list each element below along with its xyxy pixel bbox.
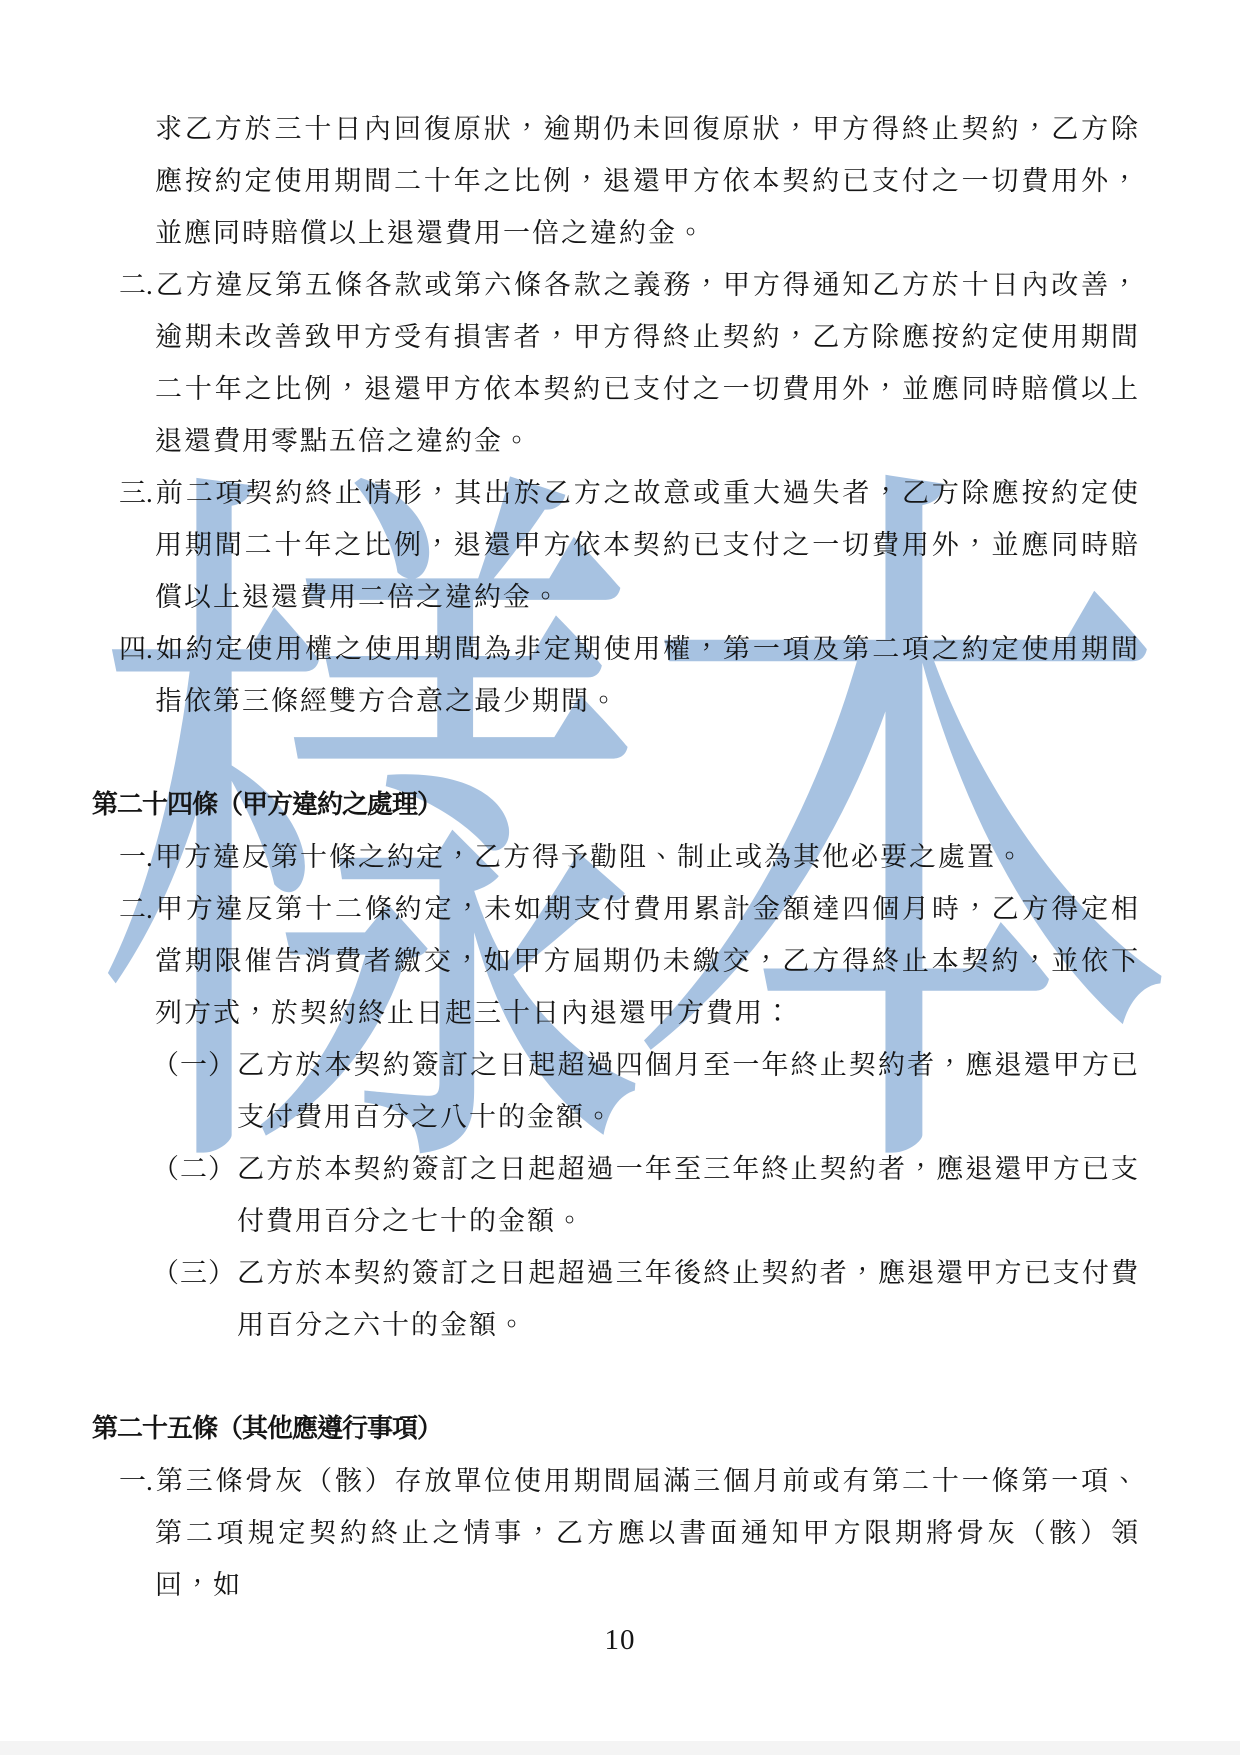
item-marker: 二. [119,259,155,311]
article-24-subitem-1: （一）乙方於本契約簽訂之日起超過四個月至一年終止契約者，應退還甲方已支付費用百分… [152,1039,1140,1143]
item-text: 乙方違反第五條各款或第六條各款之義務，甲方得通知乙方於十日內改善，逾期未改善致甲… [155,270,1140,456]
subitem-text: 乙方於本契約簽訂之日起超過四個月至一年終止契約者，應退還甲方已支付費用百分之八十… [237,1050,1140,1132]
subitem-marker: （一） [152,1039,237,1091]
article-25-heading: 第二十五條（其他應遵行事項） [92,1403,1140,1455]
item-marker: 一. [119,831,155,883]
item-text: 前二項契約終止情形，其出於乙方之故意或重大過失者，乙方除應按約定使用期間二十年之… [155,478,1140,612]
clause-item-2: 二.乙方違反第五條各款或第六條各款之義務，甲方得通知乙方於十日內改善，逾期未改善… [119,259,1140,467]
article-24-subitem-3: （三）乙方於本契約簽訂之日起超過三年後終止契約者，應退還甲方已支付費用百分之六十… [152,1247,1140,1351]
item-text: 如約定使用權之使用期間為非定期使用權，第一項及第二項之約定使用期間指依第三條經雙… [155,634,1140,716]
item-marker: 二. [119,883,155,935]
item-text: 甲方違反第十條之約定，乙方得予勸阻、制止或為其他必要之處置。 [155,842,1025,872]
article-24-item-2: 二.甲方違反第十二條約定，未如期支付費用累計金額達四個月時，乙方得定相當期限催告… [119,883,1140,1039]
continuation-paragraph: 求乙方於三十日內回復原狀，逾期仍未回復原狀，甲方得終止契約，乙方除應按約定使用期… [155,103,1140,259]
subitem-marker: （二） [152,1143,237,1195]
page-number: 10 [0,1614,1240,1666]
article-24-subitem-2: （二）乙方於本契約簽訂之日起超過一年至三年終止契約者，應退還甲方已支付費用百分之… [152,1143,1140,1247]
article-25-item-1: 一.第三條骨灰（骸）存放單位使用期間屆滿三個月前或有第二十一條第一項、第二項規定… [119,1455,1140,1611]
document-page: 樣本 求乙方於三十日內回復原狀，逾期仍未回復原狀，甲方得終止契約，乙方除應按約定… [0,0,1240,1755]
item-text: 甲方違反第十二條約定，未如期支付費用累計金額達四個月時，乙方得定相當期限催告消費… [155,894,1140,1028]
subitem-text: 乙方於本契約簽訂之日起超過三年後終止契約者，應退還甲方已支付費用百分之六十的金額… [237,1258,1140,1340]
item-text: 第三條骨灰（骸）存放單位使用期間屆滿三個月前或有第二十一條第一項、第二項規定契約… [155,1466,1140,1600]
subitem-text: 乙方於本契約簽訂之日起超過一年至三年終止契約者，應退還甲方已支付費用百分之七十的… [237,1154,1140,1236]
clause-item-4: 四.如約定使用權之使用期間為非定期使用權，第一項及第二項之約定使用期間指依第三條… [119,623,1140,727]
scan-edge-artifact [0,1741,1240,1755]
item-marker: 四. [119,623,155,675]
contract-text: 求乙方於三十日內回復原狀，逾期仍未回復原狀，甲方得終止契約，乙方除應按約定使用期… [0,0,1240,1611]
item-marker: 三. [119,467,155,519]
subitem-marker: （三） [152,1247,237,1299]
article-24-heading: 第二十四條（甲方違約之處理） [92,779,1140,831]
item-marker: 一. [119,1455,155,1507]
article-24-item-1: 一.甲方違反第十條之約定，乙方得予勸阻、制止或為其他必要之處置。 [119,831,1140,883]
clause-item-3: 三.前二項契約終止情形，其出於乙方之故意或重大過失者，乙方除應按約定使用期間二十… [119,467,1140,623]
